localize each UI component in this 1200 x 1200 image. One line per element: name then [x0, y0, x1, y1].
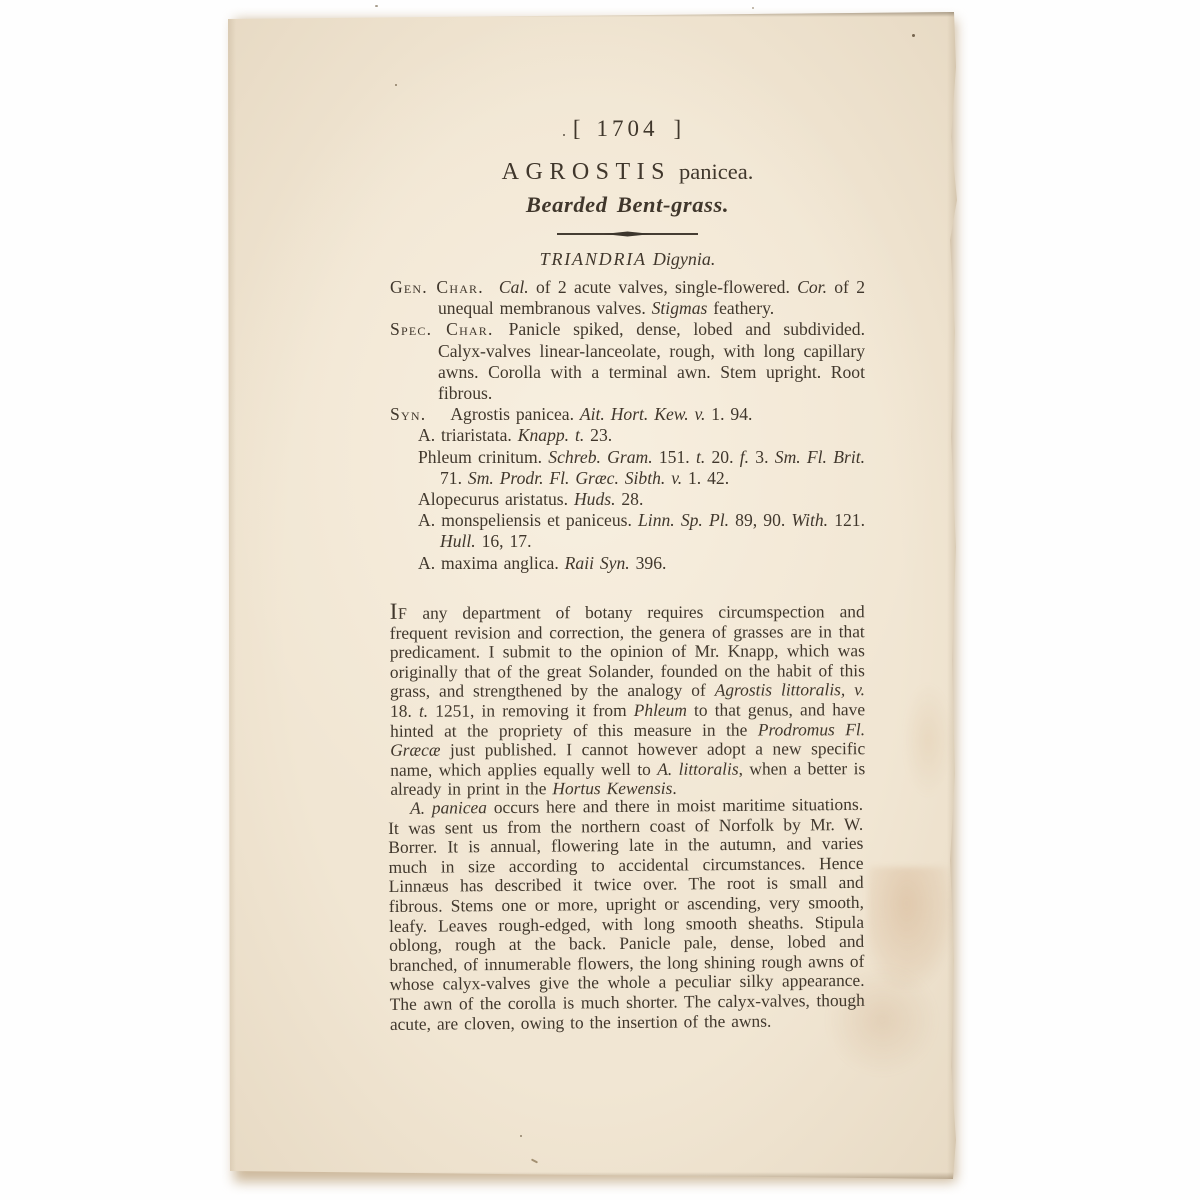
- divider-diamond: [604, 232, 652, 237]
- page-number-value: 1704: [597, 116, 659, 141]
- spec-char-section: Spec. Char.Panicle spiked, dense, lobed …: [390, 319, 865, 404]
- paper-stain: [868, 867, 954, 989]
- page-number-open-bracket: [: [573, 116, 582, 141]
- scan-background: [1704] AGROSTIS panicea. Bearded Bent-gr…: [0, 0, 1200, 1200]
- linnaean-order: Digynia.: [653, 249, 716, 269]
- book-page: [1704] AGROSTIS panicea. Bearded Bent-gr…: [228, 12, 957, 1179]
- synonym-entry: Phleum crinitum. Schreb. Gram. 151. t. 2…: [418, 447, 865, 489]
- body-paragraph-1: If any department of botany requires cir…: [390, 602, 866, 800]
- paper-stain: [904, 684, 952, 796]
- synonym-entry: Alopecurus aristatus. Huds. 28.: [418, 489, 865, 510]
- synonym-entry: A. monspeliensis et paniceus. Linn. Sp. …: [418, 510, 865, 552]
- divider-rule: [557, 231, 698, 237]
- paper-fiber: [531, 1158, 538, 1163]
- species-title: AGROSTIS panicea.: [390, 157, 865, 187]
- gen-char-label: Gen. Char.: [390, 277, 484, 297]
- paper-speck: [520, 1135, 522, 1137]
- species-epithet: panicea.: [679, 159, 753, 184]
- synonyms-section: Syn.Agrostis panicea. Ait. Hort. Kew. v.…: [390, 404, 865, 574]
- syn-label: Syn.: [390, 404, 426, 424]
- dust-speck: [375, 5, 378, 7]
- dust-speck: [752, 7, 754, 9]
- page-content: [1704] AGROSTIS panicea. Bearded Bent-gr…: [390, 12, 865, 1034]
- synonym-text: Agrostis panicea. Ait. Hort. Kew. v. 1. …: [450, 404, 752, 424]
- genus-name: AGROSTIS: [502, 159, 671, 185]
- spec-char-text: Panicle spiked, dense, lobed and subdivi…: [438, 319, 865, 403]
- page-number-close-bracket: ]: [674, 116, 683, 141]
- synonym-entry: A. maxima anglica. Raii Syn. 396.: [418, 553, 865, 574]
- classification-line: TRIANDRIADigynia.: [390, 248, 865, 270]
- body-paragraph-2: A. panicea occurs here and there in mois…: [388, 795, 865, 1034]
- body-text: If any department of botany requires cir…: [390, 603, 865, 1034]
- common-name: Bearded Bent-grass.: [390, 191, 865, 218]
- gen-char-text: Cal. of 2 acute valves, single-flowered.…: [438, 277, 865, 318]
- paper-speck: [912, 34, 915, 37]
- linnaean-class: TRIANDRIA: [540, 249, 647, 269]
- page-number: [1704]: [390, 116, 865, 142]
- gen-char-section: Gen. Char.Cal. of 2 acute valves, single…: [390, 277, 865, 319]
- synonym-entry: Syn.Agrostis panicea. Ait. Hort. Kew. v.…: [390, 404, 865, 425]
- synonym-entry: A. triaristata. Knapp. t. 23.: [418, 425, 865, 446]
- spec-char-label: Spec. Char.: [390, 319, 494, 339]
- description-sections: Gen. Char.Cal. of 2 acute valves, single…: [390, 277, 865, 574]
